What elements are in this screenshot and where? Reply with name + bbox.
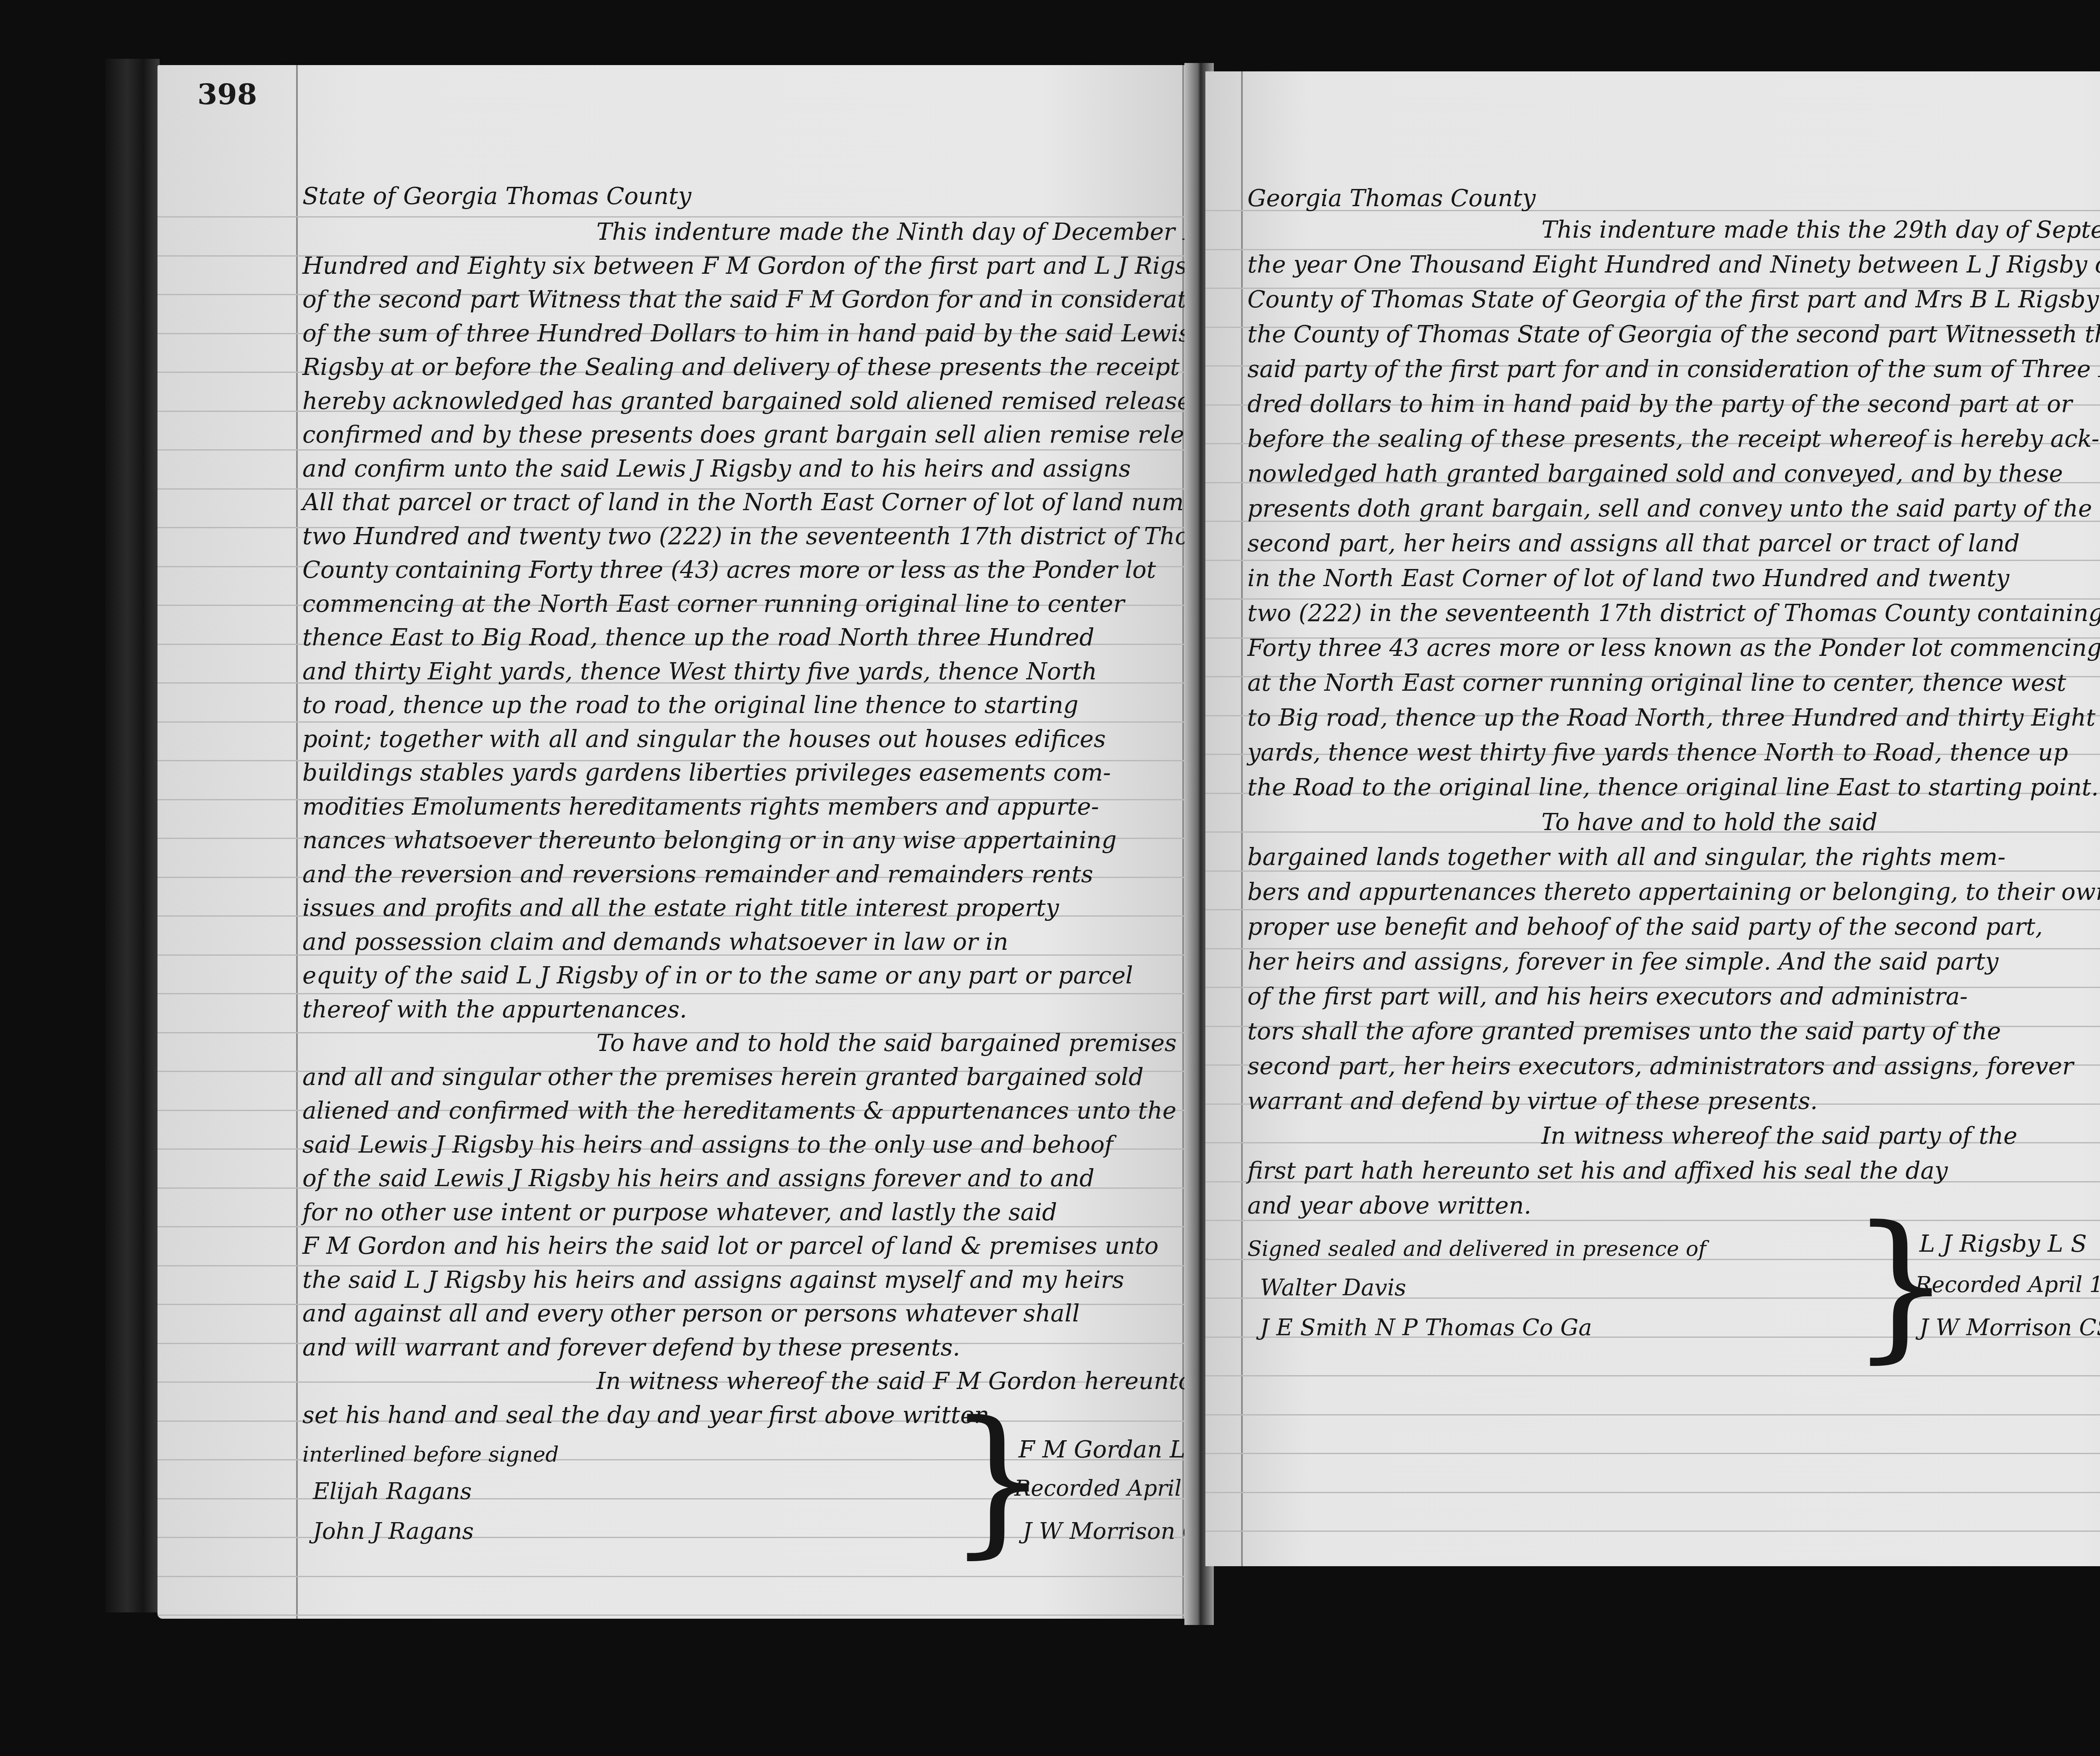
ruled-line [157,1576,1197,1577]
deed-text-line: of the first part will, and his heirs ex… [1247,983,1968,1010]
deed-text-line: set his hand and seal the day and year f… [302,1402,997,1429]
witness-name: Elijah Ragans [313,1478,472,1504]
deed-text-line: and against all and every other person o… [302,1300,1080,1327]
deed-text-line: commencing at the North East corner runn… [302,590,1124,618]
deed-text-line: and all and singular other the premises … [302,1064,1144,1091]
book-edge-left [105,59,160,1612]
deed-text-line: thence East to Big Road, thence up the r… [302,624,1095,651]
deed-text-line: hereby acknowledged has granted bargaine… [302,388,1197,415]
deed-text-line: to Big road, thence up the Road North, t… [1247,704,2095,731]
deed-text-line: first part hath hereunto set his and aff… [1247,1157,1948,1185]
left-margin-line [1241,71,1243,1566]
deed-text-line: before the sealing of these presents, th… [1247,425,2099,453]
deed-text-line: This indenture made this the 29th day of… [1541,216,2100,244]
deed-text-line: in the North East Corner of lot of land … [1247,565,2009,592]
deed-text-line: point; together with all and singular th… [302,726,1106,753]
ruled-line [1205,1220,2100,1221]
deed-text-line: buildings stables yards gardens libertie… [302,759,1111,786]
ruled-line [157,721,1197,723]
deed-text-line: said party of the first part for and in … [1247,356,2100,383]
ruled-line [1205,1375,2100,1376]
deed-text-line: and confirm unto the said Lewis J Rigsby… [302,455,1131,482]
ruled-line [1205,909,2100,910]
deed-text-line: tors shall the afore granted premises un… [1247,1018,2001,1045]
recorded-date: Recorded April 17th 1891 [1915,1272,2100,1297]
deed-text-line: This indenture made the Ninth day of Dec… [596,218,1197,246]
deed-text-line: of the said Lewis J Rigsby his heirs and… [302,1165,1095,1192]
deed-text-line: said Lewis J Rigsby his heirs and assign… [302,1131,1113,1158]
deed-text-line: Hundred and Eighty six between F M Gordo… [302,252,1197,280]
ruled-line [1205,249,2100,250]
deed-text-line: and will warrant and forever defend by t… [302,1334,960,1361]
deed-text-line: the said L J Rigsby his heirs and assign… [302,1266,1124,1294]
witness-name: J E Smith N P Thomas Co Ga [1260,1314,1592,1341]
signature: F M Gordan L S [1018,1436,1197,1463]
page-number: 398 [197,78,257,111]
deed-text-line: Forty three 43 acres more or less known … [1247,634,2100,662]
right-page: 399 Georgia Thomas County This indenture… [1205,71,2100,1566]
deed-text-line: issues and profits and all the estate ri… [302,894,1059,922]
deed-text-line: confirmed and by these presents does gra… [302,421,1197,448]
witness-name: John J Ragans [313,1518,474,1544]
recorded-date: Recorded April 17th 1891 [1014,1476,1197,1501]
ruled-line [1205,1492,2100,1493]
deed-text-line: nowledged hath granted bargained sold an… [1247,460,2063,487]
page-heading: State of Georgia Thomas County [302,183,691,210]
presence-note: Signed sealed and delivered in presence … [1247,1237,1706,1261]
ruled-line [157,993,1197,994]
clerk-signature: J W Morrison CSC [1919,1314,2100,1341]
clerk-signature: J W Morrison CSC [1023,1518,1197,1544]
deed-text-line: Rigsby at or before the Sealing and deli… [302,354,1197,381]
left-margin-line [296,65,298,1619]
deed-text-line: In witness whereof the said party of the [1541,1122,2017,1150]
deed-text-line: presents doth grant bargain, sell and co… [1247,495,2092,522]
ruled-line [157,216,1197,218]
deed-text-line: F M Gordon and his heirs the said lot or… [302,1232,1159,1260]
deed-text-line: to road, thence up the road to the origi… [302,692,1079,719]
deed-text-line: bers and appurtenances thereto appertain… [1247,878,2100,906]
deed-text-line: second part, her heirs and assigns all t… [1247,530,2020,557]
ruled-line [157,449,1197,451]
deed-text-line: modities Emoluments hereditaments rights… [302,793,1099,820]
deed-text-line: To have and to hold the said bargained p… [596,1030,1177,1057]
deed-text-line: warrant and defend by virtue of these pr… [1247,1088,1818,1115]
ruled-line [1205,1414,2100,1415]
deed-text-line: for no other use intent or purpose whate… [302,1199,1057,1226]
page-heading: Georgia Thomas County [1247,185,1536,212]
deed-text-line: bargained lands together with all and si… [1247,844,2005,871]
ruled-line [157,1614,1197,1616]
deed-text-line: equity of the said L J Rigsby of in or t… [302,962,1133,989]
deed-text-line: and thirty Eight yards, thence West thir… [302,658,1097,685]
left-page: 398 State of Georgia Thomas County This … [157,65,1197,1619]
deed-text-line: of the second part Witness that the said… [302,286,1197,313]
deed-text-line: nances whatsoever thereunto belonging or… [302,827,1116,854]
deed-text-line: thereof with the appurtenances. [302,996,687,1023]
deed-text-line: proper use benefit and behoof of the sai… [1247,913,2043,941]
deed-text-line: two Hundred and twenty two (222) in the … [302,523,1197,550]
deed-text-line: County containing Forty three (43) acres… [302,556,1156,584]
deed-text-line: two (222) in the seventeenth 17th distri… [1247,600,2100,627]
witness-name: Walter Davis [1260,1274,1406,1301]
ruled-line [157,1226,1197,1227]
interlined-note: interlined before signed [302,1442,559,1467]
ruled-line [1205,1531,2100,1532]
deed-text-line: dred dollars to him in hand paid by the … [1247,391,2072,418]
deed-text-line: at the North East corner running origina… [1247,669,2066,697]
ruled-line [1205,560,2100,561]
deed-text-line: In witness whereof the said F M Gordon h… [596,1368,1192,1395]
deed-text-line: her heirs and assigns, forever in fee si… [1247,948,1998,975]
deed-text-line: the year One Thousand Eight Hundred and … [1247,251,2100,278]
deed-text-line: yards, thence west thirty five yards the… [1247,739,2068,766]
deed-text-line: the County of Thomas State of Georgia of… [1247,321,2100,348]
deed-text-line: County of Thomas State of Georgia of the… [1247,286,2100,313]
deed-text-line: To have and to hold the said [1541,809,1877,836]
deed-text-line: and the reversion and reversions remaind… [302,861,1093,888]
deed-text-line: and year above written. [1247,1192,1531,1219]
deed-text-line: of the sum of three Hundred Dollars to h… [302,320,1197,347]
signature: L J Rigsby L S [1919,1230,2087,1258]
deed-text-line: and possession claim and demands whatsoe… [302,928,1008,956]
deed-text-line: All that parcel or tract of land in the … [302,489,1197,516]
deed-text-line: aliened and confirmed with the hereditam… [302,1097,1176,1124]
deed-text-line: second part, her heirs executors, admini… [1247,1053,2074,1080]
ruled-line [1205,1453,2100,1454]
deed-text-line: the Road to the original line, thence or… [1247,774,2099,801]
